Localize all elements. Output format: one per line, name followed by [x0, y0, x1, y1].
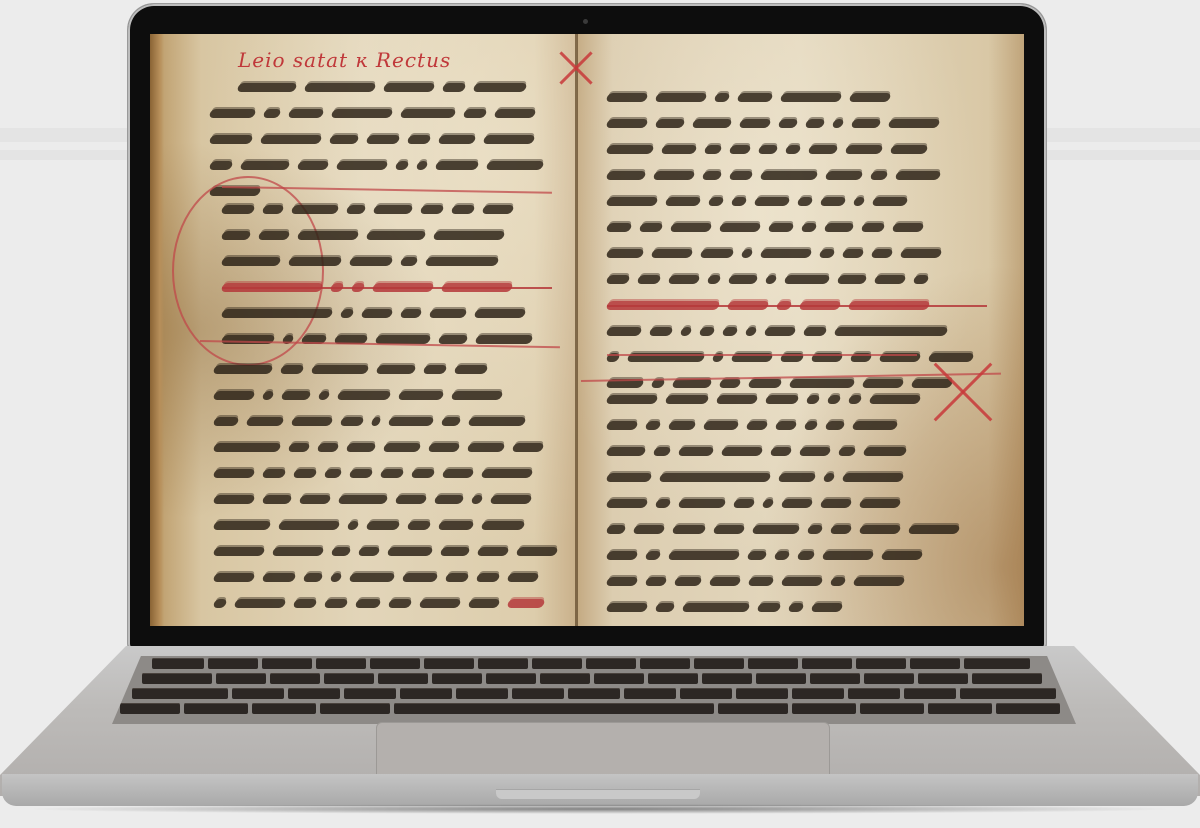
key-row — [132, 688, 1056, 699]
key-row — [152, 658, 1030, 669]
red-underline — [607, 354, 917, 356]
keyboard — [112, 656, 1076, 724]
manuscript-left-page: Leio satat ĸ Rectus — [150, 34, 577, 626]
red-x-mark — [554, 46, 598, 90]
laptop-screen: Leio satat ĸ Rectus — [150, 34, 1024, 626]
manuscript-heading: Leio satat ĸ Rectus — [238, 48, 451, 72]
key-row — [142, 673, 1042, 684]
webcam-icon — [583, 19, 588, 24]
drop-shadow — [20, 804, 1180, 814]
right-paragraph-1 — [607, 84, 987, 214]
page-edge — [150, 34, 164, 626]
laptop-base — [0, 646, 1200, 816]
key-row — [120, 703, 1060, 714]
right-paragraph-3 — [607, 386, 987, 620]
book-gutter — [575, 34, 578, 626]
left-paragraph-2 — [222, 196, 552, 352]
laptop-lid: Leio satat ĸ Rectus — [128, 4, 1046, 650]
lid-opening-notch — [496, 789, 700, 799]
manuscript-right-page — [577, 34, 1024, 626]
left-paragraph-3 — [214, 356, 559, 616]
